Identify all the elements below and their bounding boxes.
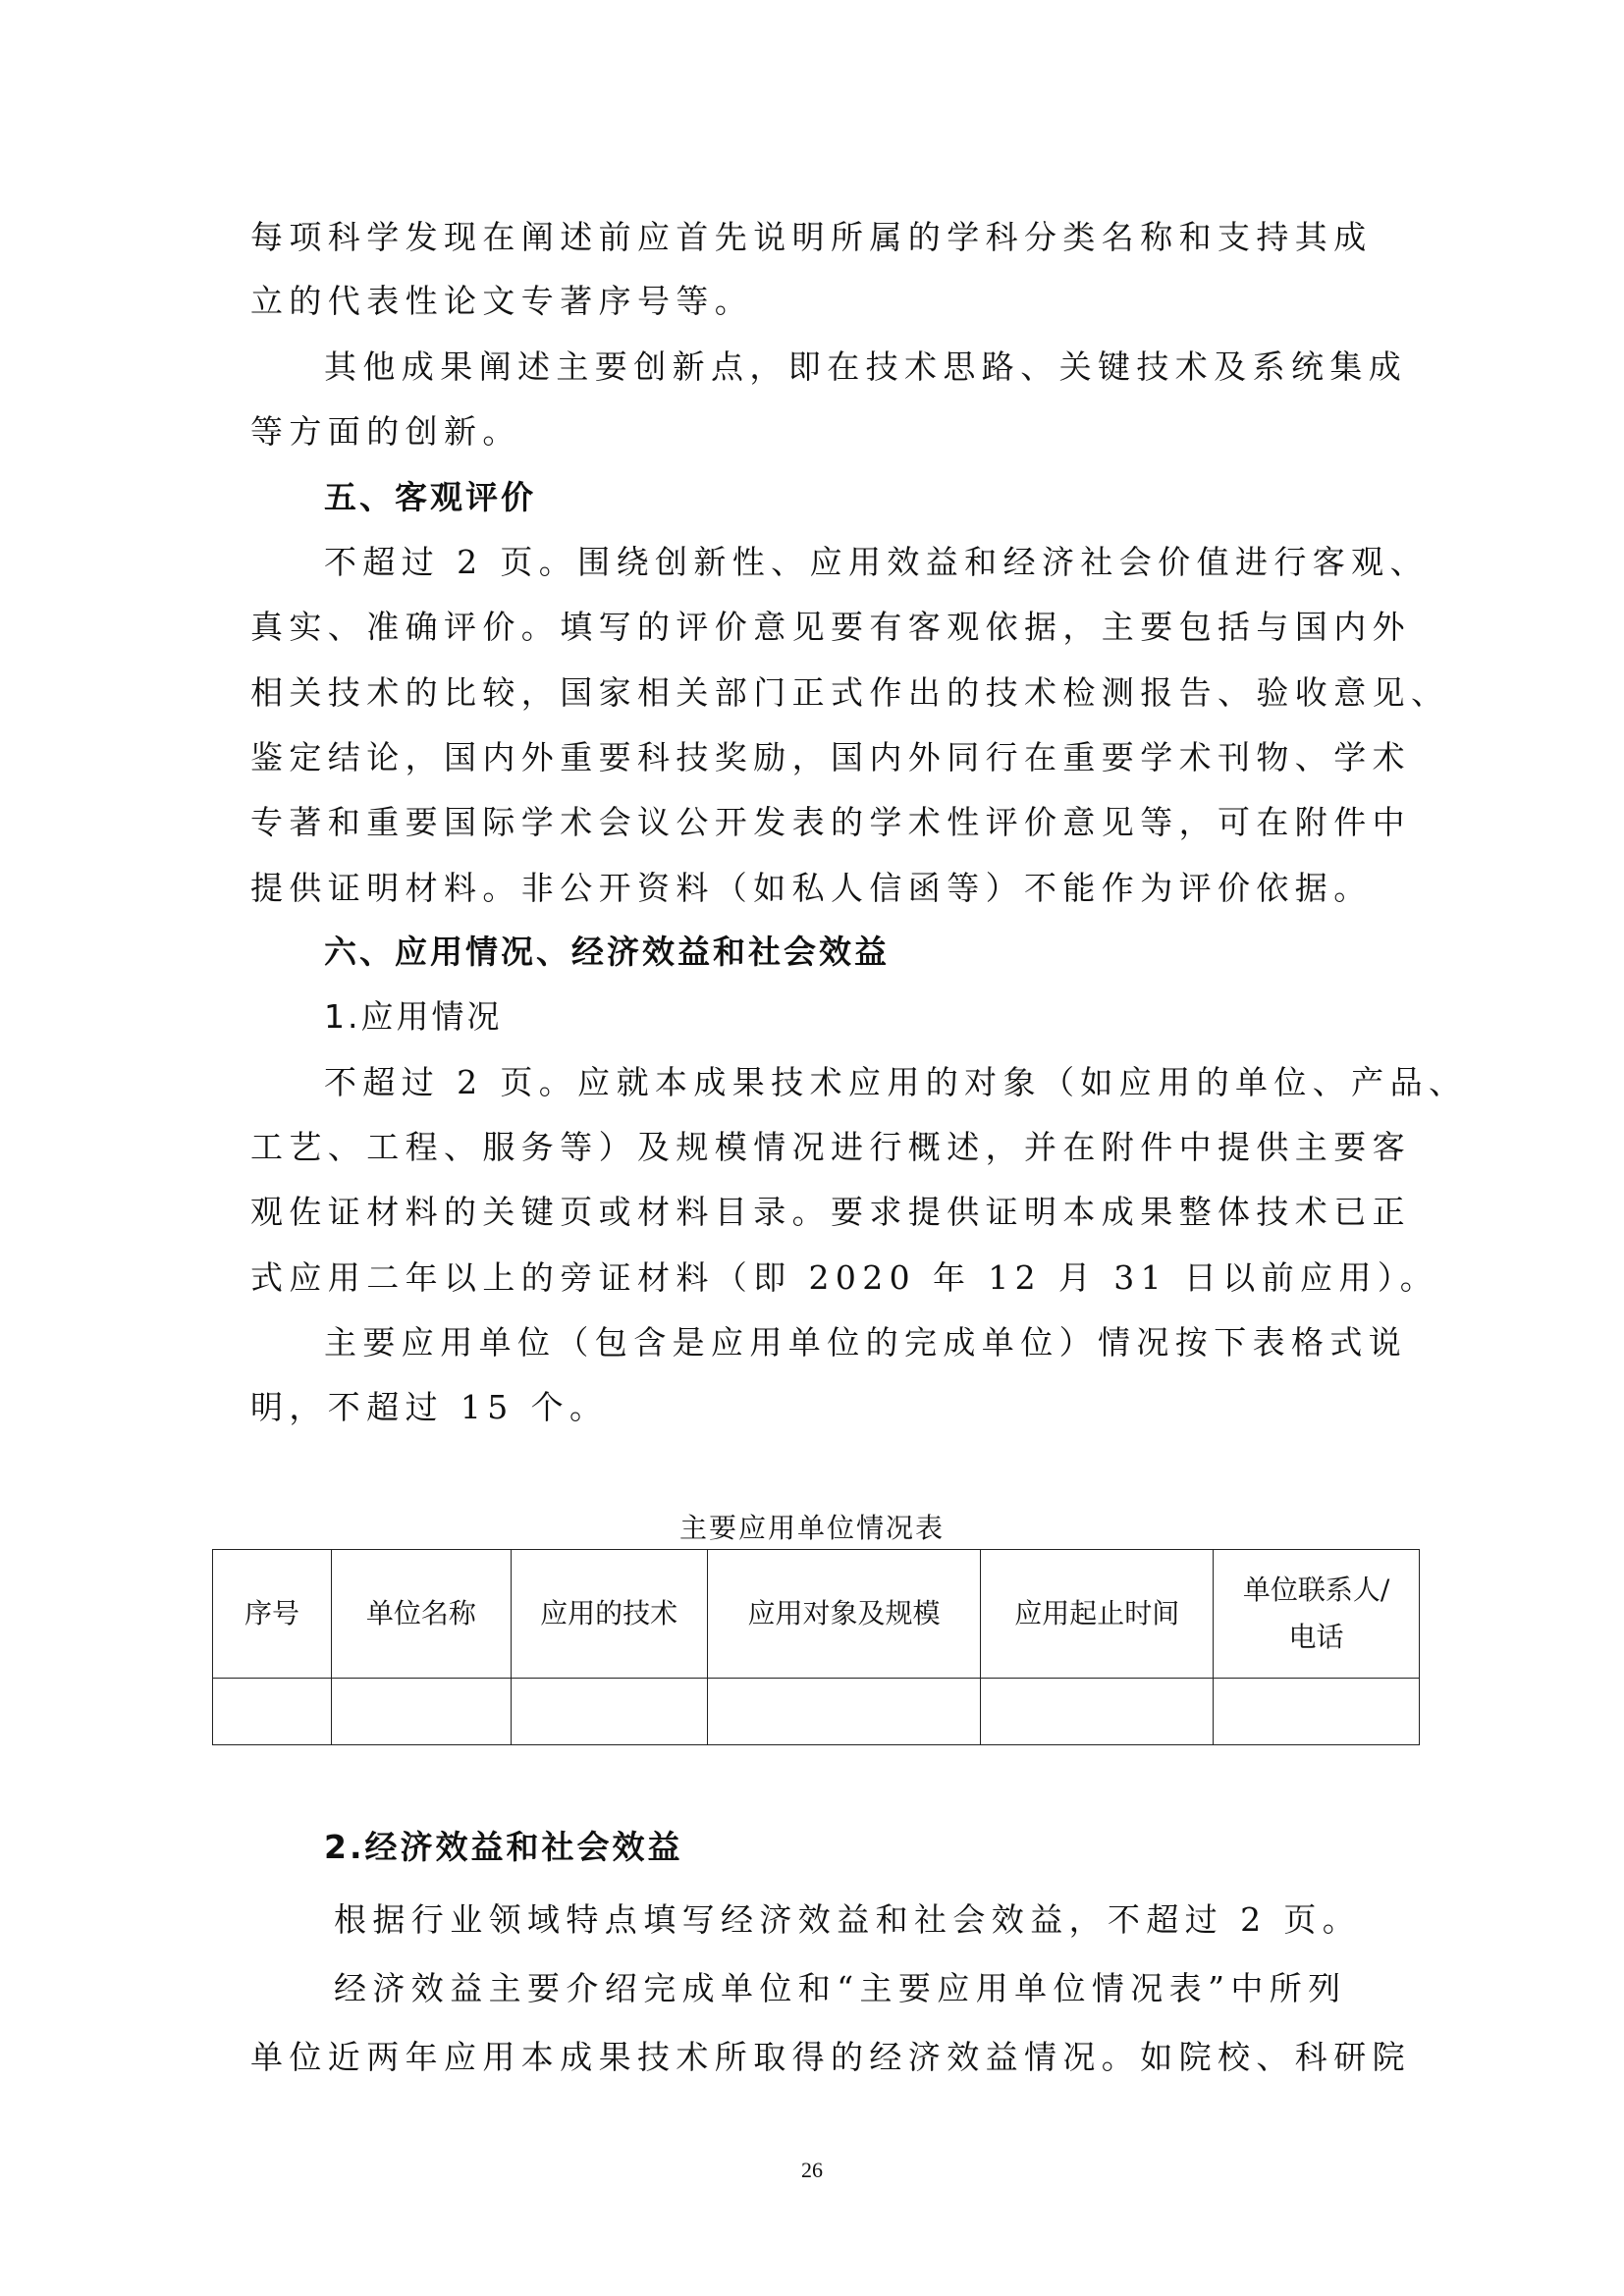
section-heading-5: 五、客观评价 [324,478,1453,517]
paragraph-line: 相关技术的比较，国家相关部门正式作出的技术检测报告、验收意见、 [250,673,1380,713]
header-contact-line2: 电话 [1289,1621,1344,1653]
paragraph-line: 其他成果阐述主要创新点，即在技术思路、关键技术及系统集成 [324,347,1453,387]
section-heading-6: 六、应用情况、经济效益和社会效益 [324,933,1453,972]
header-cell-contact: 单位联系人/ 电话 [1214,1550,1420,1679]
table-cell [1214,1679,1420,1745]
paragraph-line: 明，不超过 15 个。 [250,1388,1380,1427]
header-cell-scope: 应用对象及规模 [707,1550,981,1679]
header-cell-unit-name: 单位名称 [331,1550,511,1679]
paragraph-line: 不超过 2 页。围绕创新性、应用效益和经济社会价值进行客观、 [324,543,1453,582]
paragraph-line: 每项科学发现在阐述前应首先说明所属的学科分类名称和支持其成 [250,218,1380,257]
page-number: 26 [0,2158,1624,2183]
subsection-heading-6-2: 2.经济效益和社会效益 [324,1828,1453,1867]
header-contact-line1: 单位联系人/ [1243,1574,1389,1606]
application-units-table: 序号 单位名称 应用的技术 应用对象及规模 应用起止时间 单位联系人/ 电话 [212,1549,1420,1745]
header-cell-period: 应用起止时间 [981,1550,1214,1679]
table-caption: 主要应用单位情况表 [0,1507,1624,1546]
paragraph-line: 立的代表性论文专著序号等。 [250,282,1380,321]
paragraph-line: 不超过 2 页。应就本成果技术应用的对象（如应用的单位、产品、 [324,1063,1453,1102]
paragraph-line: 真实、准确评价。填写的评价意见要有客观依据，主要包括与国内外 [250,608,1380,647]
paragraph-line: 根据行业领域特点填写经济效益和社会效益，不超过 2 页。 [334,1900,1463,1940]
table-cell [511,1679,707,1745]
paragraph-line: 观佐证材料的关键页或材料目录。要求提供证明本成果整体技术已正 [250,1193,1380,1232]
table-header-row: 序号 单位名称 应用的技术 应用对象及规模 应用起止时间 单位联系人/ 电话 [213,1550,1420,1679]
paragraph-line: 式应用二年以上的旁证材料（即 2020 年 12 月 31 日以前应用）。 [250,1258,1380,1298]
table-cell [707,1679,981,1745]
paragraph-line: 工艺、工程、服务等）及规模情况进行概述，并在附件中提供主要客 [250,1128,1380,1167]
table-cell [981,1679,1214,1745]
paragraph-line: 等方面的创新。 [250,412,1380,452]
header-cell-technology: 应用的技术 [511,1550,707,1679]
table-cell [331,1679,511,1745]
table-cell [213,1679,332,1745]
document-page: 每项科学发现在阐述前应首先说明所属的学科分类名称和支持其成 立的代表性论文专著序… [0,0,1624,2296]
paragraph-line: 主要应用单位（包含是应用单位的完成单位）情况按下表格式说 [324,1323,1453,1362]
paragraph-line: 提供证明材料。非公开资料（如私人信函等）不能作为评价依据。 [250,869,1380,908]
paragraph-line: 专著和重要国际学术会议公开发表的学术性评价意见等，可在附件中 [250,803,1380,842]
paragraph-line: 经济效益主要介绍完成单位和“主要应用单位情况表”中所列 [334,1969,1463,2008]
paragraph-line: 鉴定结论，国内外重要科技奖励，国内外同行在重要学术刊物、学术 [250,738,1380,777]
table-row [213,1679,1420,1745]
subsection-heading-6-1: 1.应用情况 [324,997,1453,1037]
paragraph-line: 单位近两年应用本成果技术所取得的经济效益情况。如院校、科研院 [250,2038,1380,2077]
header-cell-index: 序号 [213,1550,332,1679]
